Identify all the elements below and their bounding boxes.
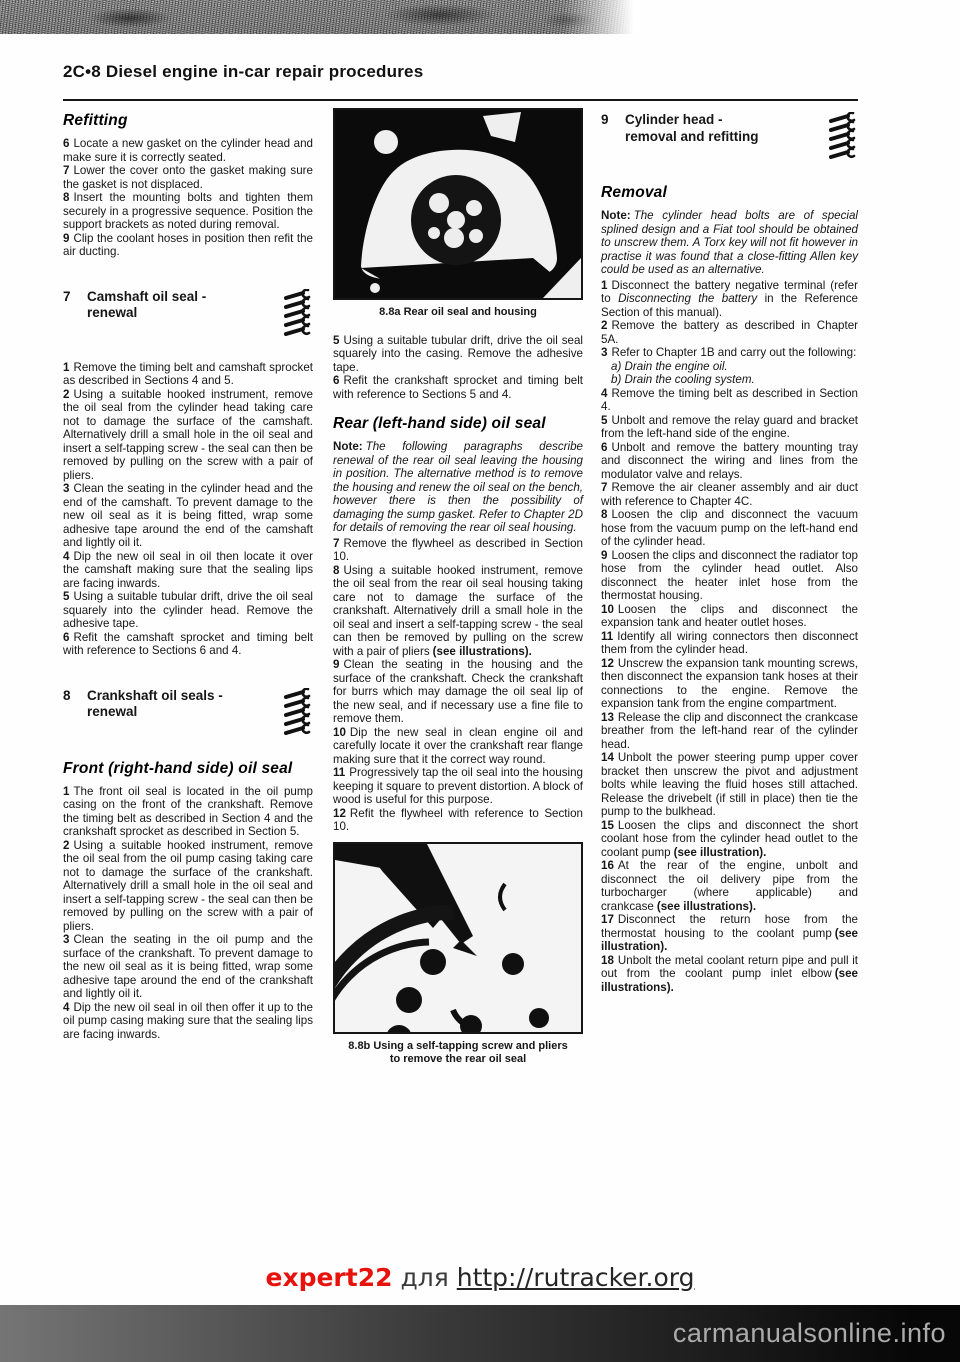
step-paragraph: 2Using a suitable hooked instrument, rem… bbox=[63, 388, 313, 483]
step-paragraph: 5Unbolt and remove the relay guard and b… bbox=[601, 414, 858, 441]
step-paragraph: 16At the rear of the engine, unbolt and … bbox=[601, 859, 858, 913]
refitting-heading: Refitting bbox=[63, 112, 313, 130]
step-paragraph: 14Unbolt the power steering pump upper c… bbox=[601, 751, 858, 819]
header-rule bbox=[63, 99, 858, 101]
step-paragraph: 2Using a suitable hooked instrument, rem… bbox=[63, 839, 313, 934]
section-number: 8 bbox=[63, 688, 87, 703]
footer-separator-word: для bbox=[400, 1263, 448, 1292]
step-paragraph: 12Unscrew the expansion tank mounting sc… bbox=[601, 657, 858, 711]
substep-a: a) Drain the engine oil. bbox=[601, 360, 858, 374]
substep-b: b) Drain the cooling system. bbox=[601, 373, 858, 387]
step-paragraph: 8Loosen the clip and disconnect the vacu… bbox=[601, 508, 858, 549]
step-paragraph: 17Disconnect the return hose from the th… bbox=[601, 913, 858, 954]
step-paragraph: 4Remove the timing belt as described in … bbox=[601, 387, 858, 414]
step-paragraph: 9Loosen the clips and disconnect the rad… bbox=[601, 549, 858, 603]
step-paragraph: 9Clean the seating in the housing and th… bbox=[333, 658, 583, 726]
section-9-heading: 9 Cylinder head - removal and refitting bbox=[601, 112, 858, 160]
column-right: 9 Cylinder head - removal and refitting … bbox=[601, 112, 858, 994]
step-paragraph: 15Loosen the clips and disconnect the sh… bbox=[601, 819, 858, 860]
note-paragraph: Note:The following paragraphs describe r… bbox=[333, 440, 583, 535]
page-title: 2C•8 Diesel engine in-car repair procedu… bbox=[63, 62, 423, 82]
step-paragraph: 1Disconnect the battery negative termina… bbox=[601, 279, 858, 320]
column-left: Refitting 6Locate a new gasket on the cy… bbox=[63, 112, 313, 1041]
removal-heading: Removal bbox=[601, 184, 858, 202]
uploader-name: expert22 bbox=[266, 1263, 393, 1292]
step-paragraph: 5Using a suitable tubular drift, drive t… bbox=[333, 334, 583, 375]
watermark-text: carmanualsonline.info bbox=[673, 1318, 946, 1349]
scan-noise-band bbox=[0, 0, 640, 34]
step-paragraph: 6Refit the crankshaft sprocket and timin… bbox=[333, 374, 583, 401]
section-8-heading: 8 Crankshaft oil seals - renewal bbox=[63, 688, 313, 736]
step-paragraph: 7Remove the air cleaner assembly and air… bbox=[601, 481, 858, 508]
step-paragraph: 7Lower the cover onto the gasket making … bbox=[63, 164, 313, 191]
step-paragraph: 6Unbolt and remove the battery mounting … bbox=[601, 441, 858, 482]
section-title: Cylinder head - removal and refitting bbox=[625, 112, 759, 145]
step-paragraph: 3Refer to Chapter 1B and carry out the f… bbox=[601, 346, 858, 360]
step-paragraph: 6Refit the camshaft sprocket and timing … bbox=[63, 631, 313, 658]
step-paragraph: 3Clean the seating in the cylinder head … bbox=[63, 482, 313, 550]
difficulty-spanners-icon bbox=[283, 688, 313, 736]
step-paragraph: 8Using a suitable hooked instrument, rem… bbox=[333, 564, 583, 659]
section-number: 9 bbox=[601, 112, 625, 127]
difficulty-spanners-icon bbox=[828, 112, 858, 160]
tracker-credit-line: expert22 для http://rutracker.org bbox=[0, 1263, 960, 1292]
step-paragraph: 2Remove the battery as described in Chap… bbox=[601, 319, 858, 346]
step-paragraph: 10Loosen the clips and disconnect the ex… bbox=[601, 603, 858, 630]
photo-caption: 8.8b Using a self-tapping screw and plie… bbox=[333, 1040, 583, 1067]
step-paragraph: 7Remove the flywheel as described in Sec… bbox=[333, 537, 583, 564]
step-paragraph: 10Dip the new seal in clean engine oil a… bbox=[333, 726, 583, 767]
column-middle: 8.8a Rear oil seal and housing 5Using a … bbox=[333, 108, 583, 1081]
note-paragraph: Note:The cylinder head bolts are of spec… bbox=[601, 209, 858, 277]
step-paragraph: 11Progressively tap the oil seal into th… bbox=[333, 766, 583, 807]
watermark-band: carmanualsonline.info bbox=[0, 1305, 960, 1362]
step-paragraph: 18Unbolt the metal coolant return pipe a… bbox=[601, 954, 858, 995]
photo-caption: 8.8a Rear oil seal and housing bbox=[333, 306, 583, 320]
step-paragraph: 13Release the clip and disconnect the cr… bbox=[601, 711, 858, 752]
section-title: Camshaft oil seal - renewal bbox=[87, 289, 206, 322]
step-paragraph: 6Locate a new gasket on the cylinder hea… bbox=[63, 137, 313, 164]
step-paragraph: 8Insert the mounting bolts and tighten t… bbox=[63, 191, 313, 232]
section-title: Crankshaft oil seals - renewal bbox=[87, 688, 223, 721]
step-paragraph: 4Dip the new oil seal in oil then locate… bbox=[63, 550, 313, 591]
rutracker-link[interactable]: http://rutracker.org bbox=[457, 1263, 695, 1292]
step-paragraph: 5Using a suitable tubular drift, drive t… bbox=[63, 590, 313, 631]
rear-oil-seal-heading: Rear (left-hand side) oil seal bbox=[333, 415, 583, 433]
step-paragraph: 12Refit the flywheel with reference to S… bbox=[333, 807, 583, 834]
photo-rear-oil-seal-housing bbox=[333, 108, 583, 300]
step-paragraph: 4Dip the new oil seal in oil then offer … bbox=[63, 1001, 313, 1042]
step-paragraph: 11Identify all wiring connectors then di… bbox=[601, 630, 858, 657]
step-paragraph: 9Clip the coolant hoses in position then… bbox=[63, 232, 313, 259]
step-paragraph: 1Remove the timing belt and camshaft spr… bbox=[63, 361, 313, 388]
difficulty-spanners-icon bbox=[283, 289, 313, 337]
section-7-heading: 7 Camshaft oil seal - renewal bbox=[63, 289, 313, 337]
front-oil-seal-heading: Front (right-hand side) oil seal bbox=[63, 760, 313, 778]
photo-self-tapping-screw-pliers bbox=[333, 842, 583, 1034]
step-paragraph: 3Clean the seating in the oil pump and t… bbox=[63, 933, 313, 1001]
section-number: 7 bbox=[63, 289, 87, 304]
step-paragraph: 1The front oil seal is located in the oi… bbox=[63, 785, 313, 839]
